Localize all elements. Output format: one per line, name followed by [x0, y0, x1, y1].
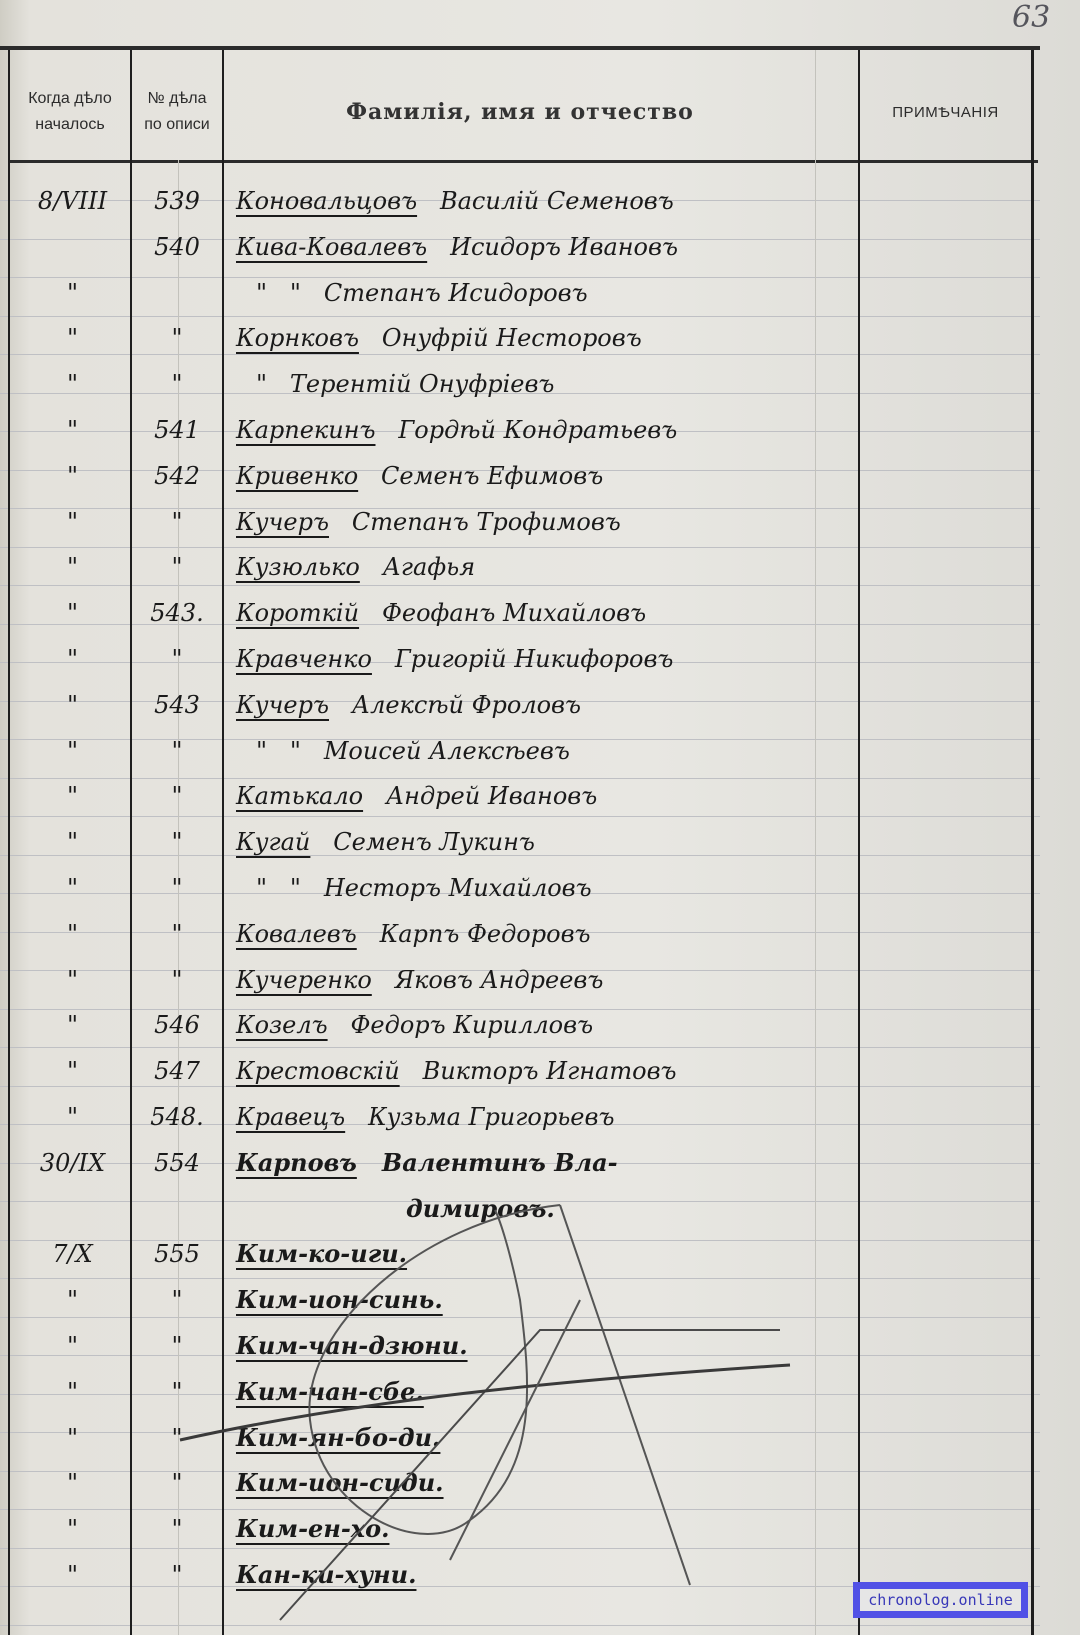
header-name: Фамилія, имя и отчество: [224, 62, 816, 162]
surname: Короткій: [236, 599, 359, 627]
given-names: " " Степанъ Исидоровъ: [256, 279, 588, 307]
surname: Кравецъ: [236, 1103, 345, 1131]
spacer: [357, 920, 380, 948]
case-number-cell: ": [133, 1510, 221, 1548]
date-cell: ": [20, 1510, 125, 1548]
table-row: """ " Моисей Алексѣевъ: [0, 732, 1040, 770]
header-number: № дѣлапо описи: [132, 62, 222, 162]
notes-cell: [862, 1373, 1032, 1411]
surname: Кучеръ: [236, 508, 329, 536]
table-row: ""Корнковъ Онуфрій Несторовъ: [0, 319, 1040, 357]
spacer: [357, 1148, 382, 1177]
case-number-cell: 540: [133, 228, 221, 266]
name-cell: Кучеръ Алексѣй Фроловъ: [236, 686, 856, 724]
notes-cell: [862, 869, 1032, 907]
name-cell: Кравченко Григорій Никифоровъ: [236, 640, 856, 678]
given-names: Андрей Ивановъ: [386, 782, 597, 810]
case-number-cell: ": [133, 915, 221, 953]
watermark: chronolog.online: [853, 1582, 1028, 1618]
notes-cell: [862, 182, 1032, 220]
name-cell: Козелъ Федоръ Кирилловъ: [236, 1006, 856, 1044]
table-row: """ Терентій Онуфріевъ: [0, 365, 1040, 403]
spacer: [376, 416, 399, 444]
date-cell: ": [20, 869, 125, 907]
table-row: "541Карпекинъ Гордѣй Кондратьевъ: [0, 411, 1040, 449]
date-cell: ": [20, 961, 125, 999]
case-number-cell: [133, 274, 221, 312]
case-number-cell: 547: [133, 1052, 221, 1090]
case-number-cell: ": [133, 365, 221, 403]
case-number-cell: ": [133, 548, 221, 586]
spacer: [329, 508, 352, 536]
name-cell: Ким-ион-сиди.: [236, 1464, 856, 1502]
case-number-cell: ": [133, 869, 221, 907]
surname: Ким-чан-сбе.: [236, 1377, 424, 1406]
surname: Кан-ки-хуни.: [236, 1560, 416, 1589]
date-cell: 7/X: [20, 1235, 125, 1273]
surname: Ковалевъ: [236, 920, 357, 948]
name-cell: Крестовскій Викторъ Игнатовъ: [236, 1052, 856, 1090]
case-number-cell: 541: [133, 411, 221, 449]
name-cell: Кравецъ Кузьма Григорьевъ: [236, 1098, 856, 1136]
name-cell: Кузюлько Агафья: [236, 548, 856, 586]
table-row: "546Козелъ Федоръ Кирилловъ: [0, 1006, 1040, 1044]
notes-cell: [862, 640, 1032, 678]
surname: Ким-ион-сиди.: [236, 1468, 444, 1497]
spacer: [427, 233, 450, 261]
given-names: Валентинъ Вла-: [382, 1148, 618, 1177]
table-row: ""Ким-чан-дзюни.: [0, 1327, 1040, 1365]
given-names: Семенъ Ефимовъ: [381, 462, 603, 490]
table-row: ""Кучеренко Яковъ Андреевъ: [0, 961, 1040, 999]
date-cell: ": [20, 640, 125, 678]
given-names: Кузьма Григорьевъ: [368, 1103, 614, 1131]
spacer: [328, 1011, 351, 1039]
header-notes: ПРИМѢЧАНІЯ: [860, 62, 1031, 162]
name-cell: " " Степанъ Исидоровъ: [236, 274, 876, 312]
spacer: [345, 1103, 368, 1131]
date-cell: 30/IX: [20, 1144, 125, 1182]
table-row: ""Ким-ен-хо.: [0, 1510, 1040, 1548]
date-cell: ": [20, 411, 125, 449]
name-cell: Кан-ки-хуни.: [236, 1556, 856, 1594]
date-cell: ": [20, 777, 125, 815]
notes-cell: [862, 457, 1032, 495]
surname: Кива-Ковалевъ: [236, 233, 427, 261]
name-cell: Кучеренко Яковъ Андреевъ: [236, 961, 856, 999]
name-cell: Карповъ Валентинъ Вла-: [236, 1144, 856, 1182]
notes-cell: [862, 1419, 1032, 1457]
case-number-cell: ": [133, 503, 221, 541]
date-cell: ": [20, 823, 125, 861]
case-number-cell: ": [133, 1327, 221, 1365]
table-row: 30/IX554Карповъ Валентинъ Вла-: [0, 1144, 1040, 1182]
ruled-line: [0, 816, 1040, 817]
notes-cell: [862, 228, 1032, 266]
given-names: Василій Семеновъ: [440, 187, 674, 215]
case-number-cell: ": [133, 777, 221, 815]
surname: Кучеренко: [236, 966, 372, 994]
name-cell: Ким-чан-дзюни.: [236, 1327, 856, 1365]
notes-cell: [862, 274, 1032, 312]
date-cell: ": [20, 503, 125, 541]
notes-cell: [862, 503, 1032, 541]
ledger-page: 63 Когда дѣлоначалось № дѣлапо описи Фам…: [0, 0, 1080, 1635]
name-cell: Коновальцовъ Василій Семеновъ: [236, 182, 856, 220]
table-row: "547Крестовскій Викторъ Игнатовъ: [0, 1052, 1040, 1090]
table-row: ""Ким-ян-бо-ди.: [0, 1419, 1040, 1457]
given-names: Алексѣй Фроловъ: [352, 691, 581, 719]
spacer: [360, 553, 383, 581]
name-cell: Карпекинъ Гордѣй Кондратьевъ: [236, 411, 856, 449]
table-row: ""Ким-чан-сбе.: [0, 1373, 1040, 1411]
given-names: димировъ.: [406, 1194, 555, 1223]
notes-cell: [862, 1235, 1032, 1273]
case-number-cell: [133, 1190, 221, 1228]
date-cell: ": [20, 1098, 125, 1136]
notes-cell: [862, 1327, 1032, 1365]
date-cell: ": [20, 1419, 125, 1457]
notes-cell: [862, 686, 1032, 724]
ruled-line: [0, 1047, 1040, 1048]
name-cell: Короткій Феофанъ Михайловъ: [236, 594, 856, 632]
notes-cell: [862, 1006, 1032, 1044]
surname: Катькало: [236, 782, 363, 810]
date-cell: ": [20, 1464, 125, 1502]
surname: Ким-чан-дзюни.: [236, 1331, 468, 1360]
case-number-cell: ": [133, 319, 221, 357]
name-cell: Ким-ион-синь.: [236, 1281, 856, 1319]
date-cell: ": [20, 915, 125, 953]
table-row: димировъ.: [0, 1190, 1040, 1228]
date-cell: ": [20, 457, 125, 495]
name-cell: Корнковъ Онуфрій Несторовъ: [236, 319, 856, 357]
surname: Коновальцовъ: [236, 187, 417, 215]
case-number-cell: ": [133, 732, 221, 770]
surname: Ким-ион-синь.: [236, 1285, 443, 1314]
table-row: ""Кравченко Григорій Никифоровъ: [0, 640, 1040, 678]
surname: Ким-ян-бо-ди.: [236, 1423, 440, 1452]
name-cell: Ким-чан-сбе.: [236, 1373, 856, 1411]
ruled-line: [0, 316, 1040, 317]
date-cell: ": [20, 732, 125, 770]
notes-cell: [862, 1190, 1032, 1228]
date-cell: ": [20, 1327, 125, 1365]
top-border: [0, 46, 1040, 50]
table-row: ""Катькало Андрей Ивановъ: [0, 777, 1040, 815]
case-number-cell: ": [133, 1281, 221, 1319]
spacer: [359, 599, 382, 627]
spacer: [400, 1057, 423, 1085]
date-cell: ": [20, 1006, 125, 1044]
ruled-line: [0, 1548, 1040, 1549]
date-cell: 8/VIII: [20, 182, 125, 220]
notes-cell: [862, 732, 1032, 770]
case-number-cell: 542: [133, 457, 221, 495]
surname: Ким-ко-иги.: [236, 1239, 407, 1268]
surname: Крестовскій: [236, 1057, 400, 1085]
date-cell: [20, 1190, 125, 1228]
table-row: ""Кузюлько Агафья: [0, 548, 1040, 586]
given-names: " " Несторъ Михайловъ: [256, 874, 592, 902]
case-number-cell: ": [133, 1373, 221, 1411]
header-date: Когда дѣлоначалось: [10, 62, 130, 162]
spacer: [358, 462, 381, 490]
watermark-text: chronolog.online: [860, 1589, 1021, 1611]
table-row: ""Ковалевъ Карпъ Федоровъ: [0, 915, 1040, 953]
case-number-cell: ": [133, 1419, 221, 1457]
name-cell: " " Несторъ Михайловъ: [236, 869, 876, 907]
date-cell: ": [20, 1373, 125, 1411]
spacer: [372, 966, 395, 994]
surname: Козелъ: [236, 1011, 328, 1039]
table-row: "542Кривенко Семенъ Ефимовъ: [0, 457, 1040, 495]
ruled-line: [0, 1278, 1040, 1279]
notes-cell: [862, 823, 1032, 861]
notes-cell: [862, 777, 1032, 815]
spacer: [310, 828, 333, 856]
table-row: """ " Несторъ Михайловъ: [0, 869, 1040, 907]
case-number-cell: 548.: [133, 1098, 221, 1136]
table-row: 7/X555Ким-ко-иги.: [0, 1235, 1040, 1273]
case-number-cell: 554: [133, 1144, 221, 1182]
surname: Корнковъ: [236, 324, 359, 352]
name-cell: Ким-ко-иги.: [236, 1235, 856, 1273]
table-row: ""Кугай Семенъ Лукинъ: [0, 823, 1040, 861]
given-names: Федоръ Кирилловъ: [350, 1011, 593, 1039]
given-names: Онуфрій Несторовъ: [382, 324, 642, 352]
given-names: " " Моисей Алексѣевъ: [256, 737, 570, 765]
table-row: ""Ким-ион-сиди.: [0, 1464, 1040, 1502]
page-number: 63: [1012, 0, 1050, 35]
given-names: " Терентій Онуфріевъ: [256, 370, 554, 398]
name-cell: Ким-ен-хо.: [236, 1510, 856, 1548]
case-number-cell: ": [133, 1464, 221, 1502]
surname: Карпекинъ: [236, 416, 376, 444]
date-cell: ": [20, 274, 125, 312]
case-number-cell: ": [133, 1556, 221, 1594]
date-cell: [20, 228, 125, 266]
case-number-cell: 539: [133, 182, 221, 220]
notes-cell: [862, 915, 1032, 953]
given-names: Исидоръ Ивановъ: [450, 233, 678, 261]
surname: Кучеръ: [236, 691, 329, 719]
surname: Карповъ: [236, 1148, 357, 1177]
table-row: 8/VIII539Коновальцовъ Василій Семеновъ: [0, 182, 1040, 220]
table-row: "543Кучеръ Алексѣй Фроловъ: [0, 686, 1040, 724]
date-cell: ": [20, 1281, 125, 1319]
date-cell: ": [20, 594, 125, 632]
notes-cell: [862, 961, 1032, 999]
ruled-line: [0, 1625, 1040, 1626]
date-cell: ": [20, 1556, 125, 1594]
name-cell: Ковалевъ Карпъ Федоровъ: [236, 915, 856, 953]
given-names: Степанъ Трофимовъ: [352, 508, 621, 536]
spacer: [417, 187, 440, 215]
name-cell: Кривенко Семенъ Ефимовъ: [236, 457, 856, 495]
given-names: Григорій Никифоровъ: [395, 645, 674, 673]
case-number-cell: ": [133, 961, 221, 999]
given-names: Карпъ Федоровъ: [380, 920, 591, 948]
notes-cell: [862, 1510, 1032, 1548]
case-number-cell: 546: [133, 1006, 221, 1044]
surname: Кузюлько: [236, 553, 360, 581]
given-names: Яковъ Андреевъ: [395, 966, 604, 994]
case-number-cell: 543: [133, 686, 221, 724]
date-cell: ": [20, 548, 125, 586]
given-names: Семенъ Лукинъ: [333, 828, 535, 856]
name-cell: Кугай Семенъ Лукинъ: [236, 823, 856, 861]
notes-cell: [862, 1098, 1032, 1136]
notes-cell: [862, 411, 1032, 449]
case-number-cell: ": [133, 823, 221, 861]
table-row: "543.Короткій Феофанъ Михайловъ: [0, 594, 1040, 632]
given-names: Феофанъ Михайловъ: [382, 599, 646, 627]
case-number-cell: 555: [133, 1235, 221, 1273]
table-row: 540Кива-Ковалевъ Исидоръ Ивановъ: [0, 228, 1040, 266]
surname: Кривенко: [236, 462, 358, 490]
name-cell: Кива-Ковалевъ Исидоръ Ивановъ: [236, 228, 856, 266]
spacer: [359, 324, 382, 352]
given-names: Викторъ Игнатовъ: [423, 1057, 677, 1085]
name-cell: Ким-ян-бо-ди.: [236, 1419, 856, 1457]
table-row: ""Кучеръ Степанъ Трофимовъ: [0, 503, 1040, 541]
name-cell: " " Моисей Алексѣевъ: [236, 732, 876, 770]
date-cell: ": [20, 365, 125, 403]
notes-cell: [862, 1144, 1032, 1182]
notes-cell: [862, 1281, 1032, 1319]
date-cell: ": [20, 686, 125, 724]
case-number-cell: 543.: [133, 594, 221, 632]
table-row: "548.Кравецъ Кузьма Григорьевъ: [0, 1098, 1040, 1136]
spacer: [372, 645, 395, 673]
table-row: "" " Степанъ Исидоровъ: [0, 274, 1040, 312]
notes-cell: [862, 1052, 1032, 1090]
notes-cell: [862, 594, 1032, 632]
given-names: Гордѣй Кондратьевъ: [398, 416, 677, 444]
name-cell: " Терентій Онуфріевъ: [236, 365, 876, 403]
name-cell: Катькало Андрей Ивановъ: [236, 777, 856, 815]
notes-cell: [862, 365, 1032, 403]
notes-cell: [862, 319, 1032, 357]
given-names: Агафья: [383, 553, 475, 581]
name-cell: Кучеръ Степанъ Трофимовъ: [236, 503, 856, 541]
spacer: [363, 782, 386, 810]
notes-cell: [862, 1464, 1032, 1502]
spacer: [329, 691, 352, 719]
date-cell: ": [20, 319, 125, 357]
surname: Ким-ен-хо.: [236, 1514, 389, 1543]
table-row: ""Ким-ион-синь.: [0, 1281, 1040, 1319]
notes-cell: [862, 548, 1032, 586]
surname: Кугай: [236, 828, 310, 856]
date-cell: ": [20, 1052, 125, 1090]
case-number-cell: ": [133, 640, 221, 678]
surname: Кравченко: [236, 645, 372, 673]
